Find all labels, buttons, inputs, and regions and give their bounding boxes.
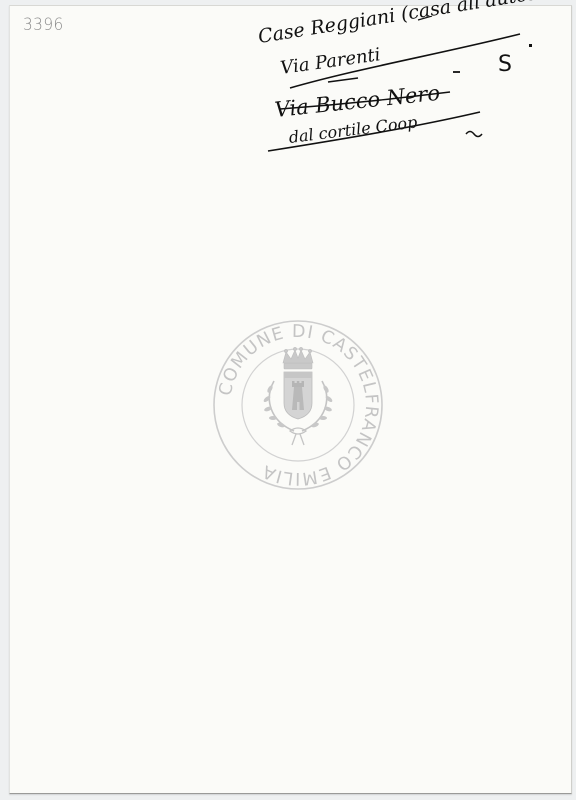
document-sheet: 3396 Case Reggiani (casa all'autostrada)… <box>9 5 572 794</box>
municipal-stamp: COMUNE DI CASTELFRANCO EMILIA <box>212 319 384 491</box>
shield-icon <box>284 372 312 419</box>
archive-number: 3396 <box>23 15 64 35</box>
handwritten-notes: Case Reggiani (casa all'autostrada) Via … <box>250 16 550 166</box>
squiggle-mark: S <box>498 52 512 77</box>
crown-icon <box>283 347 313 369</box>
